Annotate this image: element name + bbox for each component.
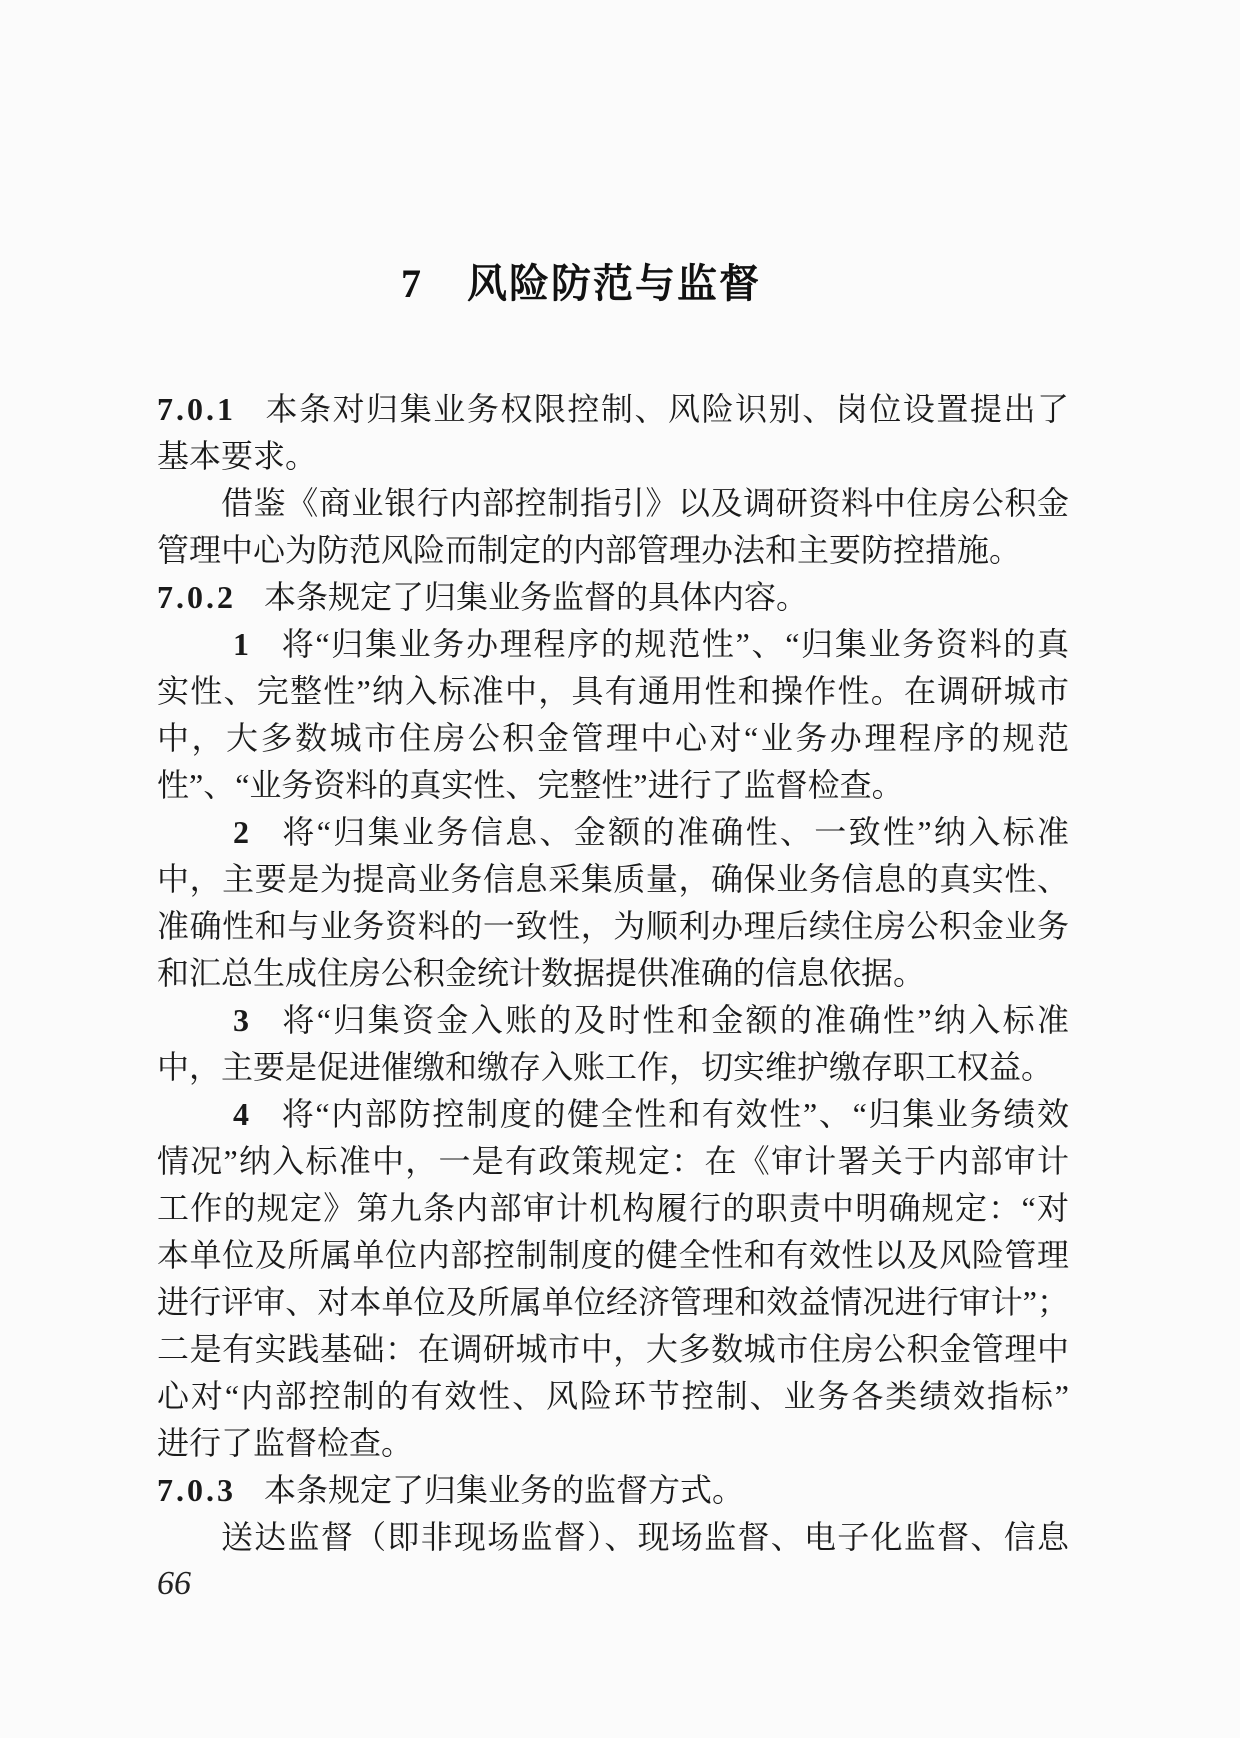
body-line: 心对“内部控制的有效性、风险环节控制、业务各类绩效指标” [157, 1373, 1069, 1420]
body-line: 性”、“业务资料的真实性、完整性”进行了监督检查。 [157, 762, 1069, 809]
body-text: 7.0.1本条对归集业务权限控制、风险识别、岗位设置提出了 基本要求。 借鉴《商… [157, 386, 1069, 1561]
line-text: 本单位及所属单位内部控制制度的健全性和有效性以及风险管理 [157, 1237, 1069, 1273]
body-line: 基本要求。 [157, 433, 1069, 480]
body-line: 实性、完整性”纳入标准中，具有通用性和操作性。在调研城市 [157, 668, 1069, 715]
body-line: 2将“归集业务信息、金额的准确性、一致性”纳入标准 [157, 809, 1069, 856]
body-line: 和汇总生成住房公积金统计数据提供准确的信息依据。 [157, 950, 1069, 997]
body-line: 中，主要是促进催缴和缴存入账工作，切实维护缴存职工权益。 [157, 1044, 1069, 1091]
body-line: 中，大多数城市住房公积金管理中心对“业务办理程序的规范 [157, 715, 1069, 762]
document-page: 7风险防范与监督 7.0.1本条对归集业务权限控制、风险识别、岗位设置提出了 基… [0, 0, 1240, 1738]
line-text: 和汇总生成住房公积金统计数据提供准确的信息依据。 [157, 955, 925, 991]
line-text: 将“归集业务信息、金额的准确性、一致性”纳入标准 [280, 814, 1069, 850]
body-line: 管理中心为防范风险而制定的内部管理办法和主要防控措施。 [157, 527, 1069, 574]
body-line: 送达监督（即非现场监督）、现场监督、电子化监督、信息 [157, 1514, 1069, 1561]
clause-number: 7.0.1 [157, 391, 236, 427]
line-text: 基本要求。 [157, 438, 317, 474]
line-text: 情况”纳入标准中，一是有政策规定：在《审计署关于内部审计 [157, 1143, 1069, 1179]
body-line: 7.0.3本条规定了归集业务的监督方式。 [157, 1467, 1069, 1514]
chapter-title-text: 风险防范与监督 [467, 261, 761, 306]
line-text: 中，主要是为提高业务信息采集质量，确保业务信息的真实性、 [157, 861, 1069, 897]
body-line: 借鉴《商业银行内部控制指引》以及调研资料中住房公积金 [157, 480, 1069, 527]
body-line: 1将“归集业务办理程序的规范性”、“归集业务资料的真 [157, 621, 1069, 668]
line-text: 本条规定了归集业务监督的具体内容。 [264, 579, 808, 615]
item-number: 3 [233, 1002, 252, 1038]
line-text: 将“归集业务办理程序的规范性”、“归集业务资料的真 [280, 626, 1069, 662]
line-text: 中，主要是促进催缴和缴存入账工作，切实维护缴存职工权益。 [157, 1049, 1053, 1085]
line-text: 中，大多数城市住房公积金管理中心对“业务办理程序的规范 [157, 720, 1069, 756]
chapter-number: 7 [401, 261, 423, 306]
line-text: 管理中心为防范风险而制定的内部管理办法和主要防控措施。 [157, 532, 1021, 568]
line-text: 工作的规定》第九条内部审计机构履行的职责中明确规定：“对 [157, 1190, 1069, 1226]
body-line: 3将“归集资金入账的及时性和金额的准确性”纳入标准 [157, 997, 1069, 1044]
line-text: 进行评审、对本单位及所属单位经济管理和效益情况进行审计”； [157, 1284, 1069, 1320]
line-text: 实性、完整性”纳入标准中，具有通用性和操作性。在调研城市 [157, 673, 1069, 709]
body-line: 二是有实践基础：在调研城市中，大多数城市住房公积金管理中 [157, 1326, 1069, 1373]
clause-number: 7.0.3 [157, 1472, 236, 1508]
line-text: 本条规定了归集业务的监督方式。 [264, 1472, 744, 1508]
body-line: 情况”纳入标准中，一是有政策规定：在《审计署关于内部审计 [157, 1138, 1069, 1185]
body-line: 进行评审、对本单位及所属单位经济管理和效益情况进行审计”； [157, 1279, 1069, 1326]
line-text: 送达监督（即非现场监督）、现场监督、电子化监督、信息 [221, 1519, 1069, 1555]
line-text: 准确性和与业务资料的一致性，为顺利办理后续住房公积金业务 [157, 908, 1069, 944]
body-line: 工作的规定》第九条内部审计机构履行的职责中明确规定：“对 [157, 1185, 1069, 1232]
line-text: 将“归集资金入账的及时性和金额的准确性”纳入标准 [280, 1002, 1069, 1038]
page-number: 66 [157, 1565, 191, 1603]
line-text: 心对“内部控制的有效性、风险环节控制、业务各类绩效指标” [157, 1378, 1069, 1414]
body-line: 准确性和与业务资料的一致性，为顺利办理后续住房公积金业务 [157, 903, 1069, 950]
body-line: 7.0.1本条对归集业务权限控制、风险识别、岗位设置提出了 [157, 386, 1069, 433]
line-text: 本条对归集业务权限控制、风险识别、岗位设置提出了 [264, 391, 1069, 427]
clause-number: 7.0.2 [157, 579, 236, 615]
item-number: 4 [233, 1096, 252, 1132]
line-text: 进行了监督检查。 [157, 1425, 413, 1461]
chapter-title: 7风险防范与监督 [125, 252, 1037, 309]
body-line: 4将“内部防控制度的健全性和有效性”、“归集业务绩效 [157, 1091, 1069, 1138]
line-text: 将“内部防控制度的健全性和有效性”、“归集业务绩效 [280, 1096, 1069, 1132]
item-number: 1 [233, 626, 252, 662]
body-line: 7.0.2本条规定了归集业务监督的具体内容。 [157, 574, 1069, 621]
line-text: 借鉴《商业银行内部控制指引》以及调研资料中住房公积金 [221, 485, 1069, 521]
body-line: 中，主要是为提高业务信息采集质量，确保业务信息的真实性、 [157, 856, 1069, 903]
line-text: 二是有实践基础：在调研城市中，大多数城市住房公积金管理中 [157, 1331, 1069, 1367]
item-number: 2 [233, 814, 252, 850]
line-text: 性”、“业务资料的真实性、完整性”进行了监督检查。 [157, 767, 904, 803]
body-line: 本单位及所属单位内部控制制度的健全性和有效性以及风险管理 [157, 1232, 1069, 1279]
body-line: 进行了监督检查。 [157, 1420, 1069, 1467]
